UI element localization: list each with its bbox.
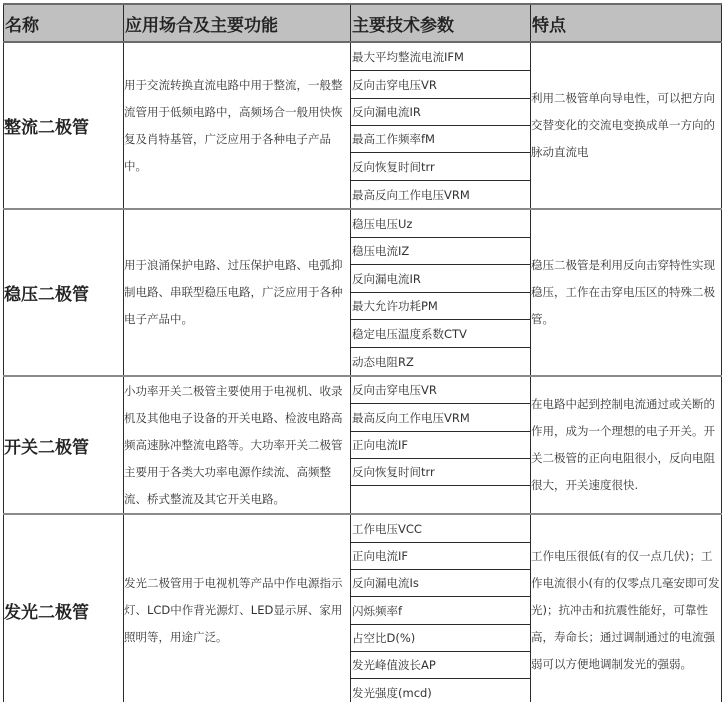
param-item: 最高反向工作电压VRM [351,404,530,432]
params-cell: 反向击穿电压VR 最高反向工作电压VRM 正向电流IF 反向恢复时间trr [351,376,531,514]
param-item: 发光峰值波长AP [351,652,530,679]
param-item: 反向恢复时间trr [351,459,530,486]
header-row: 名称 应用场合及主要功能 主要技术参数 特点 [4,4,722,42]
param-item: 闪烁频率f [351,597,530,625]
param-item: 稳压电流IZ [351,238,530,265]
param-item: 最大允许功耗PM [351,293,530,320]
param-item: 最大平均整流电流IFM [351,43,530,71]
params-cell: 工作电压VCC 正向电流IF 反向漏电流Is 闪烁频率f 占空比D(%) 发光峰… [351,514,531,702]
table-row-led: 发光二极管 发光二极管用于电视机等产品中作电源指示灯、LCD中作背光源灯、LED… [4,514,722,702]
params-cell: 最大平均整流电流IFM 反向击穿电压VR 反向漏电流IR 最高工作频率fM 反向… [351,42,531,209]
diode-name: 开关二极管 [4,376,124,514]
header-application: 应用场合及主要功能 [124,4,351,42]
table-row-switching: 开关二极管 小功率开关二极管主要使用于电视机、收录机及其他电子设备的开关电路、检… [4,376,722,514]
header-name: 名称 [4,4,124,42]
application-text: 用于交流转换直流电路中用于整流，一般整流管用于低频电路中，高频场合一般用快恢复及… [124,42,351,209]
param-item: 工作电压VCC [351,515,530,543]
features-text: 利用二极管单向导电性，可以把方向交替变化的交流电变换成单一方向的脉动直流电 [531,42,722,209]
diode-name: 稳压二极管 [4,209,124,376]
application-text: 小功率开关二极管主要使用于电视机、收录机及其他电子设备的开关电路、检波电路高频高… [124,376,351,514]
param-item: 反向漏电流IR [351,265,530,293]
param-item-empty [351,486,530,513]
table-row-rectifier: 整流二极管 用于交流转换直流电路中用于整流，一般整流管用于低频电路中，高频场合一… [4,42,722,209]
diode-name: 整流二极管 [4,42,124,209]
features-text: 工作电压很低(有的仅一点几伏)；工作电流很小(有的仅零点几毫安即可发光)；抗冲击… [531,514,722,702]
params-cell: 稳压电压Uz 稳压电流IZ 反向漏电流IR 最大允许功耗PM 稳定电压温度系数C… [351,209,531,376]
param-item: 正向电流IF [351,432,530,459]
param-item: 反向漏电流IR [351,99,530,126]
param-item: 反向恢复时间trr [351,153,530,181]
param-item: 动态电阻RZ [351,348,530,375]
header-features: 特点 [531,4,722,42]
param-item: 反向漏电流Is [351,570,530,597]
header-params: 主要技术参数 [351,4,531,42]
param-item: 最高反向工作电压VRM [351,181,530,208]
param-item: 反向击穿电压VR [351,71,530,99]
param-item: 稳定电压温度系数CTV [351,320,530,348]
param-item: 正向电流IF [351,543,530,570]
diode-name: 发光二极管 [4,514,124,702]
param-item: 发光强度(mcd) [351,679,530,702]
param-item: 反向击穿电压VR [351,377,530,404]
param-item: 占空比D(%) [351,625,530,652]
features-text: 稳压二极管是利用反向击穿特性实现稳压，工作在击穿电压区的特殊二极管。 [531,209,722,376]
application-text: 用于浪涌保护电路、过压保护电路、电弧抑制电路、串联型稳压电路，广泛应用于各种电子… [124,209,351,376]
application-text: 发光二极管用于电视机等产品中作电源指示灯、LCD中作背光源灯、LED显示屏、家用… [124,514,351,702]
diode-spec-table: 名称 应用场合及主要功能 主要技术参数 特点 整流二极管 用于交流转换直流电路中… [3,3,722,702]
param-item: 最高工作频率fM [351,126,530,153]
param-item: 稳压电压Uz [351,210,530,238]
table-row-zener: 稳压二极管 用于浪涌保护电路、过压保护电路、电弧抑制电路、串联型稳压电路，广泛应… [4,209,722,376]
features-text: 在电路中起到控制电流通过或关断的作用，成为一个理想的电子开关。开关二极管的正向电… [531,376,722,514]
